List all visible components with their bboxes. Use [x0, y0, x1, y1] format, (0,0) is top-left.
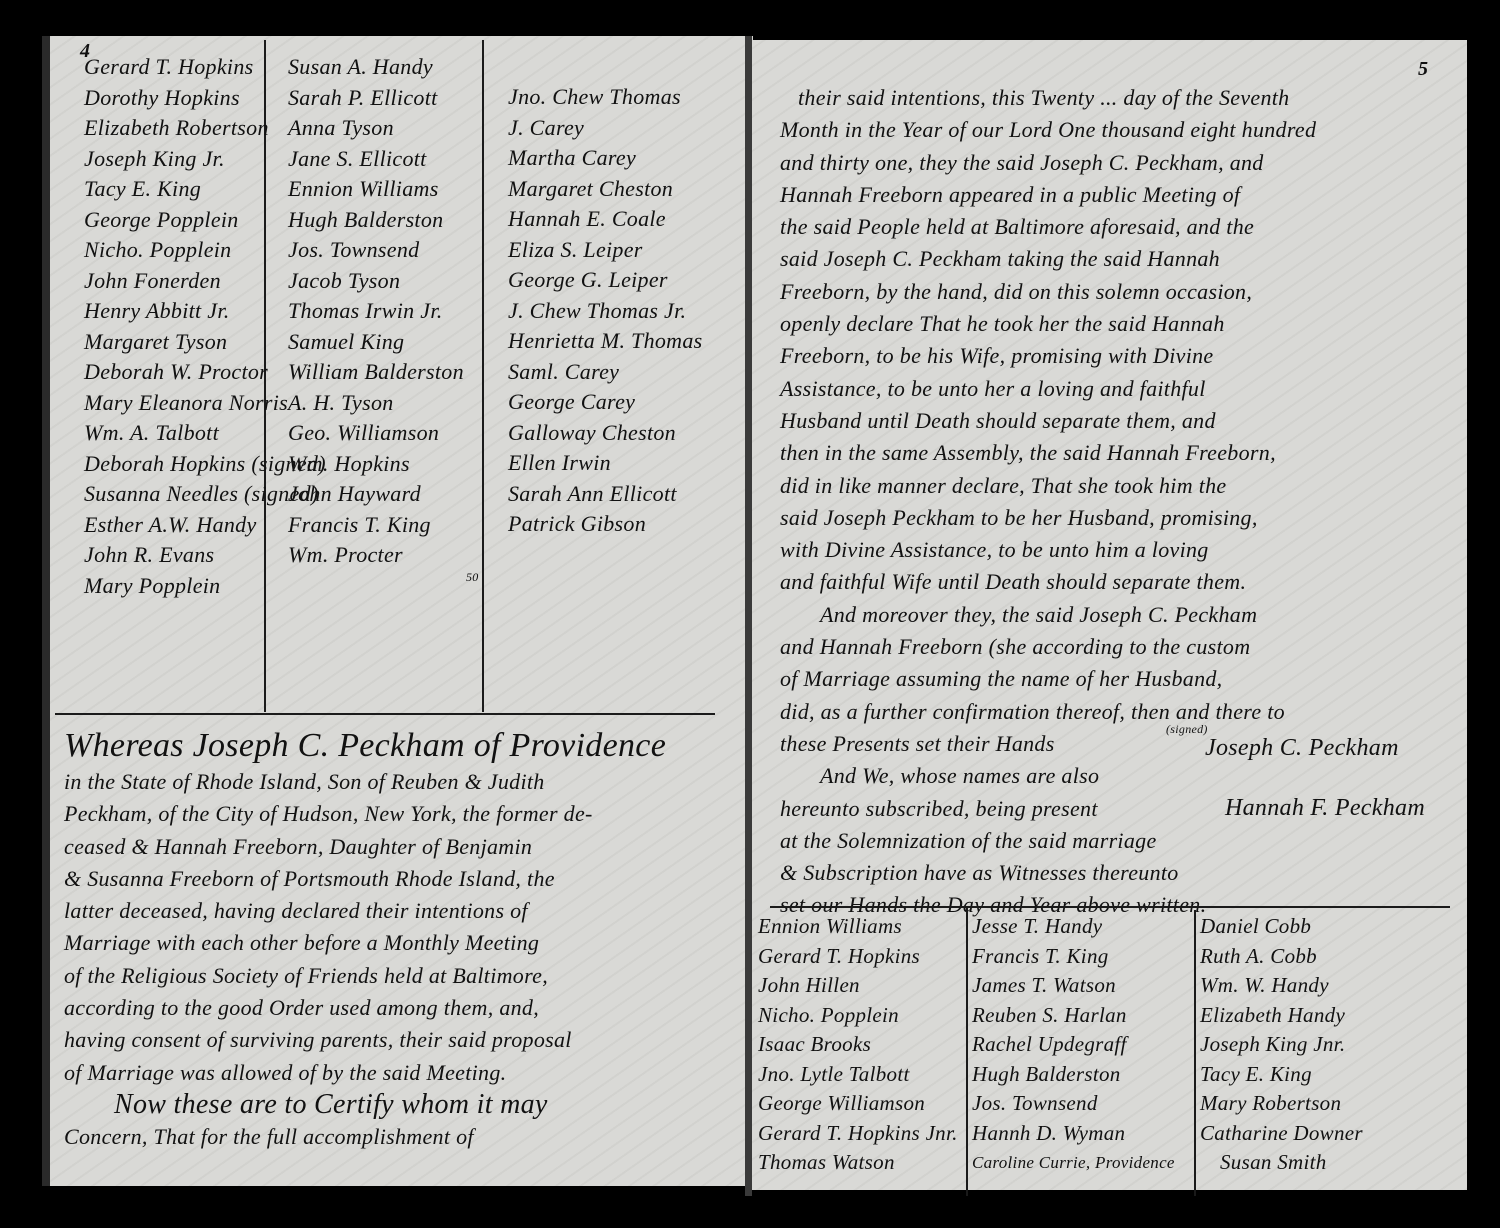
certificate-line: and Hannah Freeborn (she according to th…	[780, 631, 1316, 663]
witness-name: Isaac Brooks	[758, 1030, 958, 1060]
signer-name: George G. Leiper	[508, 265, 703, 296]
witness-name: Catharine Downer	[1200, 1119, 1363, 1149]
signer-name: Jacob Tyson	[288, 266, 464, 297]
certificate-line: Month in the Year of our Lord One thousa…	[780, 114, 1316, 146]
certificate-line: said Joseph C. Peckham taking the said H…	[780, 243, 1316, 275]
certificate-line: Peckham, of the City of Hudson, New York…	[64, 798, 666, 830]
signer-name: Ellen Irwin	[508, 448, 703, 479]
certificate-line: having consent of surviving parents, the…	[64, 1024, 666, 1056]
witness-name: Mary Robertson	[1200, 1089, 1363, 1119]
certificate-line: did in like manner declare, That she too…	[780, 470, 1316, 502]
certificate-line: Husband until Death should separate them…	[780, 405, 1316, 437]
signer-name: Thomas Irwin Jr.	[288, 296, 464, 327]
column-divider	[966, 906, 968, 1196]
witnesses-column-1: Ennion Williams Gerard T. Hopkins John H…	[758, 912, 958, 1178]
witness-name: Ruth A. Cobb	[1200, 942, 1363, 972]
signer-name: Ennion Williams	[288, 174, 464, 205]
certificate-line: said Joseph Peckham to be her Husband, p…	[780, 502, 1316, 534]
witness-name: Reuben S. Harlan	[972, 1001, 1175, 1031]
witness-name: Rachel Updegraff	[972, 1030, 1175, 1060]
page-number-right: 5	[1418, 58, 1428, 81]
signer-name: J. Carey	[508, 113, 703, 144]
witness-name: Elizabeth Handy	[1200, 1001, 1363, 1031]
witnesses-column-2: Jesse T. Handy Francis T. King James T. …	[972, 912, 1175, 1178]
section-divider	[770, 906, 1450, 908]
certificate-line: And moreover they, the said Joseph C. Pe…	[780, 599, 1316, 631]
signer-name: George Carey	[508, 387, 703, 418]
signer-name: Eliza S. Leiper	[508, 235, 703, 266]
witness-name: Hugh Balderston	[972, 1060, 1175, 1090]
witness-name: Gerard T. Hopkins Jnr.	[758, 1119, 958, 1149]
witness-name: Daniel Cobb	[1200, 912, 1363, 942]
certificate-text-left: Whereas Joseph C. Peckham of Providence …	[64, 726, 666, 1154]
certificate-line: their said intentions, this Twenty ... d…	[780, 82, 1316, 114]
certificate-line: openly declare That he took her the said…	[780, 308, 1316, 340]
signer-name: Jane S. Ellicott	[288, 144, 464, 175]
witness-name: Nicho. Popplein	[758, 1001, 958, 1031]
certificate-line: & Subscription have as Witnesses thereun…	[780, 857, 1316, 889]
signer-name: Hugh Balderston	[288, 205, 464, 236]
witness-name: Hannh D. Wyman	[972, 1119, 1175, 1149]
signer-name: Saml. Carey	[508, 357, 703, 388]
certificate-line: And We, whose names are also	[780, 760, 1316, 792]
certificate-line: at the Solemnization of the said marriag…	[780, 825, 1316, 857]
witness-name: Thomas Watson	[758, 1148, 958, 1178]
signer-name: William Balderston	[288, 357, 464, 388]
witness-name: Tacy E. King	[1200, 1060, 1363, 1090]
book-gutter	[745, 36, 752, 1196]
signers-column-3: Jno. Chew Thomas J. Carey Martha Carey M…	[508, 82, 703, 540]
signer-name: Wm. Hopkins	[288, 449, 464, 480]
witness-name: John Hillen	[758, 971, 958, 1001]
certificate-line: and thirty one, they the said Joseph C. …	[780, 147, 1316, 179]
signer-name: Galloway Cheston	[508, 418, 703, 449]
certificate-line: Freeborn, to be his Wife, promising with…	[780, 340, 1316, 372]
certificate-line: Assistance, to be unto her a loving and …	[780, 373, 1316, 405]
witness-name: Susan Smith	[1200, 1148, 1363, 1178]
witness-name: George Williamson	[758, 1089, 958, 1119]
certificate-line: of the Religious Society of Friends held…	[64, 960, 666, 992]
certificate-line: according to the good Order used among t…	[64, 992, 666, 1024]
signer-name: Hannah E. Coale	[508, 204, 703, 235]
witness-name: Caroline Currie, Providence	[972, 1148, 1175, 1178]
certificate-line: did, as a further confirmation thereof, …	[780, 696, 1316, 728]
certificate-line: & Susanna Freeborn of Portsmouth Rhode I…	[64, 863, 666, 895]
witness-name: Ennion Williams	[758, 912, 958, 942]
signer-name: Margaret Cheston	[508, 174, 703, 205]
signer-name: Susan A. Handy	[288, 52, 464, 83]
certificate-line: and faithful Wife until Death should sep…	[780, 566, 1316, 598]
witness-name: James T. Watson	[972, 971, 1175, 1001]
column-divider	[1194, 910, 1196, 1196]
signer-name: Sarah P. Ellicott	[288, 83, 464, 114]
signer-name: Wm. Procter	[288, 540, 464, 571]
count-note: 50	[466, 570, 479, 585]
signer-name: Francis T. King	[288, 510, 464, 541]
section-divider	[55, 713, 715, 715]
signer-name: John Hayward	[288, 479, 464, 510]
certificate-line: then in the same Assembly, the said Hann…	[780, 437, 1316, 469]
certificate-line: latter deceased, having declared their i…	[64, 895, 666, 927]
signed-label: (signed)	[1166, 722, 1208, 737]
witness-name: Jesse T. Handy	[972, 912, 1175, 942]
certificate-line: ceased & Hannah Freeborn, Daughter of Be…	[64, 831, 666, 863]
certificate-line: Hannah Freeborn appeared in a public Mee…	[780, 179, 1316, 211]
signer-name: Martha Carey	[508, 143, 703, 174]
certificate-line: the said People held at Baltimore afores…	[780, 211, 1316, 243]
witness-name: Jos. Townsend	[972, 1089, 1175, 1119]
signature-groom: Joseph C. Peckham	[1205, 735, 1399, 762]
witness-name: Wm. W. Handy	[1200, 971, 1363, 1001]
signer-name: Geo. Williamson	[288, 418, 464, 449]
signer-name: Jno. Chew Thomas	[508, 82, 703, 113]
certificate-line: with Divine Assistance, to be unto him a…	[780, 534, 1316, 566]
signer-name: Anna Tyson	[288, 113, 464, 144]
signer-name: A. H. Tyson	[288, 388, 464, 419]
certificate-line: Concern, That for the full accomplishmen…	[64, 1121, 666, 1153]
signature-bride: Hannah F. Peckham	[1225, 795, 1425, 822]
signer-name: Mary Popplein	[84, 571, 326, 602]
signer-name: Patrick Gibson	[508, 509, 703, 540]
certificate-line: of Marriage assuming the name of her Hus…	[780, 663, 1316, 695]
signer-name: Sarah Ann Ellicott	[508, 479, 703, 510]
signer-name: J. Chew Thomas Jr.	[508, 296, 703, 327]
certificate-line: in the State of Rhode Island, Son of Reu…	[64, 766, 666, 798]
signer-name: Henrietta M. Thomas	[508, 326, 703, 357]
certificate-line: Whereas Joseph C. Peckham of Providence	[64, 726, 666, 766]
certificate-line: of Marriage was allowed of by the said M…	[64, 1057, 666, 1089]
signers-column-2: Susan A. Handy Sarah P. Ellicott Anna Ty…	[288, 52, 464, 571]
certificate-line: Marriage with each other before a Monthl…	[64, 927, 666, 959]
witness-name: Jno. Lytle Talbott	[758, 1060, 958, 1090]
signer-name: Jos. Townsend	[288, 235, 464, 266]
certificate-line: Now these are to Certify whom it may	[64, 1089, 666, 1121]
witness-name: Gerard T. Hopkins	[758, 942, 958, 972]
witness-name: Joseph King Jnr.	[1200, 1030, 1363, 1060]
witnesses-column-3: Daniel Cobb Ruth A. Cobb Wm. W. Handy El…	[1200, 912, 1363, 1178]
witness-name: Francis T. King	[972, 942, 1175, 972]
certificate-line: Freeborn, by the hand, did on this solem…	[780, 276, 1316, 308]
column-divider	[482, 40, 484, 712]
signer-name: Samuel King	[288, 327, 464, 358]
